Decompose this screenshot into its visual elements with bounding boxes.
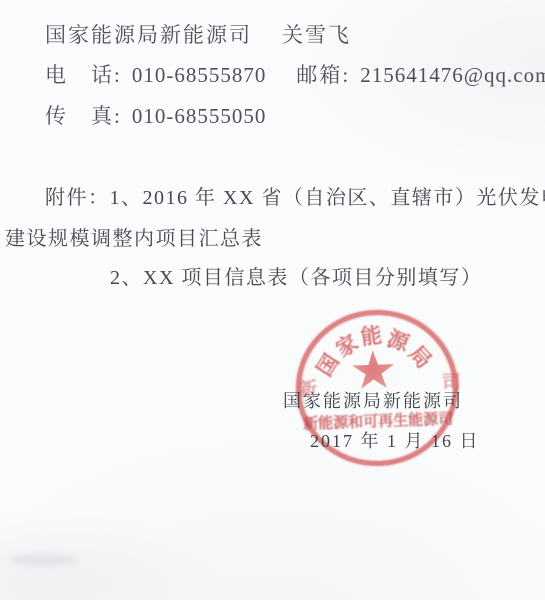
attachment-line-2: 建设规模调整内项目汇总表 [5,222,263,251]
signature-date: 2017 年 1 月 16 日 [310,427,480,453]
scan-smudge [8,554,78,566]
attachment-line-3: 2、XX 项目信息表（各项目分别填写） [110,261,482,290]
phone-number: 010-68555870 [132,63,267,87]
document-page: 国家能源局新能源司关雪飞 电 话:010-68555870邮箱:21564147… [0,0,545,600]
phone-line: 电 话:010-68555870邮箱:215641476@qq.com [45,59,545,89]
email-label: 邮箱: [296,63,350,87]
attachment-line-1: 附件：1、2016 年 XX 省（自治区、直辖市）光伏发电 [45,181,545,210]
signature-org: 国家能源局新能源司 [283,387,463,413]
contact-org: 国家能源局新能源司 [45,23,252,47]
seal-arc-char: 能 [358,319,384,352]
fax-line: 传 真:010-68555050 [45,100,266,130]
phone-label: 电 话: [45,63,122,87]
fax-label: 传 真: [45,104,122,128]
contact-person: 关雪飞 [282,23,351,47]
email-address: 215641476@qq.com [360,63,545,87]
contact-line: 国家能源局新能源司关雪飞 [45,19,351,49]
fax-number: 010-68555050 [132,104,267,128]
